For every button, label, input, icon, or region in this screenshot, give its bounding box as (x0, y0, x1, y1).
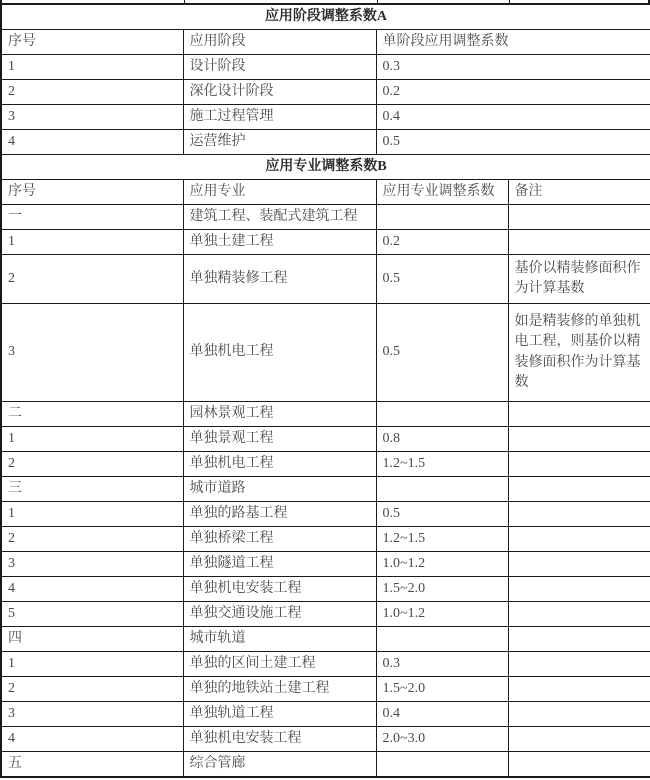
no-cell: 5 (1, 602, 183, 627)
remark-cell (508, 602, 650, 627)
no-cell: 3 (1, 552, 183, 577)
specialty-cell: 单独土建工程 (183, 230, 376, 255)
table-row: 一 建筑工程、装配式建筑工程 (1, 205, 650, 230)
stage-cell: 运营维护 (183, 130, 376, 155)
remark-cell (508, 702, 650, 727)
no-cell: 2 (1, 255, 183, 304)
table-row: 二 园林景观工程 (1, 402, 650, 427)
table-row: 4 单独机电安装工程 2.0~3.0 (1, 727, 650, 752)
coef-cell: 0.3 (376, 652, 508, 677)
coef-cell (376, 205, 508, 230)
coef-cell: 0.5 (376, 304, 508, 402)
no-cell: 二 (1, 402, 183, 427)
remark-cell: 基价以精装修面积作为计算基数 (508, 255, 650, 304)
specialty-cell: 城市轨道 (183, 627, 376, 652)
specialty-cell: 建筑工程、装配式建筑工程 (183, 205, 376, 230)
specialty-cell: 单独机电工程 (183, 452, 376, 477)
no-cell: 1 (1, 55, 183, 80)
table-row: 3 施工过程管理 0.4 (1, 105, 650, 130)
no-cell: 3 (1, 105, 183, 130)
specialty-cell: 单独景观工程 (183, 427, 376, 452)
remark-cell (508, 452, 650, 477)
coef-cell: 1.0~1.2 (376, 602, 508, 627)
no-cell: 1 (1, 230, 183, 255)
stage-cell: 设计阶段 (183, 55, 376, 80)
adjustment-coefficient-table: 应用阶段调整系数A 序号 应用阶段 单阶段应用调整系数 1 设计阶段 0.3 2… (0, 3, 650, 778)
specialty-cell: 单独隧道工程 (183, 552, 376, 577)
specialty-cell: 单独机电安装工程 (183, 577, 376, 602)
specialty-cell: 园林景观工程 (183, 402, 376, 427)
table-row: 4 运营维护 0.5 (1, 130, 650, 155)
table-row: 1 设计阶段 0.3 (1, 55, 650, 80)
remark-cell (508, 752, 650, 778)
remark-cell (508, 527, 650, 552)
stage-cell: 深化设计阶段 (183, 80, 376, 105)
header-specialty-coef: 应用专业调整系数 (376, 180, 508, 205)
no-cell: 4 (1, 727, 183, 752)
coef-cell: 1.5~2.0 (376, 577, 508, 602)
table-row: 2 深化设计阶段 0.2 (1, 80, 650, 105)
no-cell: 四 (1, 627, 183, 652)
table-row: 四 城市轨道 (1, 627, 650, 652)
remark-cell (508, 677, 650, 702)
cropped-previous-row (0, 0, 650, 3)
no-cell: 1 (1, 427, 183, 452)
header-no: 序号 (1, 30, 183, 55)
coef-cell: 1.2~1.5 (376, 527, 508, 552)
table-row: 1 单独的区间土建工程 0.3 (1, 652, 650, 677)
specialty-cell: 单独轨道工程 (183, 702, 376, 727)
header-remark: 备注 (508, 180, 650, 205)
remark-cell (508, 577, 650, 602)
coef-cell: 0.4 (376, 105, 650, 130)
stage-cell: 施工过程管理 (183, 105, 376, 130)
document-page: 应用阶段调整系数A 序号 应用阶段 单阶段应用调整系数 1 设计阶段 0.3 2… (0, 0, 650, 780)
no-cell: 4 (1, 577, 183, 602)
table-row: 应用阶段调整系数A (1, 4, 650, 30)
table-row: 五 综合管廊 (1, 752, 650, 778)
no-cell: 2 (1, 452, 183, 477)
table-row: 5 单独交通设施工程 1.0~1.2 (1, 602, 650, 627)
no-cell: 三 (1, 477, 183, 502)
no-cell: 3 (1, 304, 183, 402)
grid-line (509, 0, 510, 3)
specialty-cell: 单独桥梁工程 (183, 527, 376, 552)
remark-cell (508, 205, 650, 230)
header-stage-coef: 单阶段应用调整系数 (376, 30, 650, 55)
remark-cell (508, 427, 650, 452)
coef-cell: 0.4 (376, 702, 508, 727)
remark-cell (508, 402, 650, 427)
remark-cell (508, 230, 650, 255)
no-cell: 1 (1, 652, 183, 677)
no-cell: 2 (1, 527, 183, 552)
specialty-cell: 单独交通设施工程 (183, 602, 376, 627)
coef-cell: 0.3 (376, 55, 650, 80)
coef-cell: 0.5 (376, 255, 508, 304)
grid-line (377, 0, 378, 3)
table-row: 2 单独的地铁站土建工程 1.5~2.0 (1, 677, 650, 702)
specialty-cell: 单独机电安装工程 (183, 727, 376, 752)
coef-cell (376, 402, 508, 427)
table-row: 1 单独的路基工程 0.5 (1, 502, 650, 527)
remark-cell (508, 652, 650, 677)
specialty-cell: 单独的地铁站土建工程 (183, 677, 376, 702)
specialty-cell: 单独机电工程 (183, 304, 376, 402)
remark-cell (508, 727, 650, 752)
table-row: 2 单独精装修工程 0.5 基价以精装修面积作为计算基数 (1, 255, 650, 304)
header-no: 序号 (1, 180, 183, 205)
no-cell: 1 (1, 502, 183, 527)
remark-cell (508, 502, 650, 527)
coef-cell (376, 477, 508, 502)
table-row: 应用专业调整系数B (1, 155, 650, 180)
coef-cell: 1.0~1.2 (376, 552, 508, 577)
table-row: 3 单独机电工程 0.5 如是精装修的单独机电工程，则基价以精装修面积作为计算基… (1, 304, 650, 402)
table-row: 1 单独景观工程 0.8 (1, 427, 650, 452)
header-stage: 应用阶段 (183, 30, 376, 55)
coef-cell (376, 752, 508, 778)
table-row: 4 单独机电安装工程 1.5~2.0 (1, 577, 650, 602)
table-row: 3 单独轨道工程 0.4 (1, 702, 650, 727)
no-cell: 3 (1, 702, 183, 727)
table-row: 1 单独土建工程 0.2 (1, 230, 650, 255)
no-cell: 4 (1, 130, 183, 155)
header-specialty: 应用专业 (183, 180, 376, 205)
section-b-title: 应用专业调整系数B (1, 155, 650, 180)
specialty-cell: 综合管廊 (183, 752, 376, 778)
specialty-cell: 城市道路 (183, 477, 376, 502)
table-row: 3 单独隧道工程 1.0~1.2 (1, 552, 650, 577)
coef-cell: 0.5 (376, 502, 508, 527)
table-row: 序号 应用阶段 单阶段应用调整系数 (1, 30, 650, 55)
coef-cell: 0.2 (376, 80, 650, 105)
coef-cell (376, 627, 508, 652)
coef-cell: 0.5 (376, 130, 650, 155)
table-row: 2 单独机电工程 1.2~1.5 (1, 452, 650, 477)
coef-cell: 1.2~1.5 (376, 452, 508, 477)
specialty-cell: 单独的区间土建工程 (183, 652, 376, 677)
remark-cell (508, 627, 650, 652)
coef-cell: 1.5~2.0 (376, 677, 508, 702)
table-row: 序号 应用专业 应用专业调整系数 备注 (1, 180, 650, 205)
coef-cell: 2.0~3.0 (376, 727, 508, 752)
table-row: 三 城市道路 (1, 477, 650, 502)
no-cell: 一 (1, 205, 183, 230)
no-cell: 2 (1, 677, 183, 702)
grid-line (184, 0, 185, 3)
specialty-cell: 单独精装修工程 (183, 255, 376, 304)
remark-cell: 如是精装修的单独机电工程，则基价以精装修面积作为计算基数 (508, 304, 650, 402)
coef-cell: 0.2 (376, 230, 508, 255)
remark-cell (508, 552, 650, 577)
no-cell: 2 (1, 80, 183, 105)
remark-cell (508, 477, 650, 502)
table-row: 2 单独桥梁工程 1.2~1.5 (1, 527, 650, 552)
specialty-cell: 单独的路基工程 (183, 502, 376, 527)
section-a-title: 应用阶段调整系数A (1, 4, 650, 30)
coef-cell: 0.8 (376, 427, 508, 452)
no-cell: 五 (1, 752, 183, 778)
